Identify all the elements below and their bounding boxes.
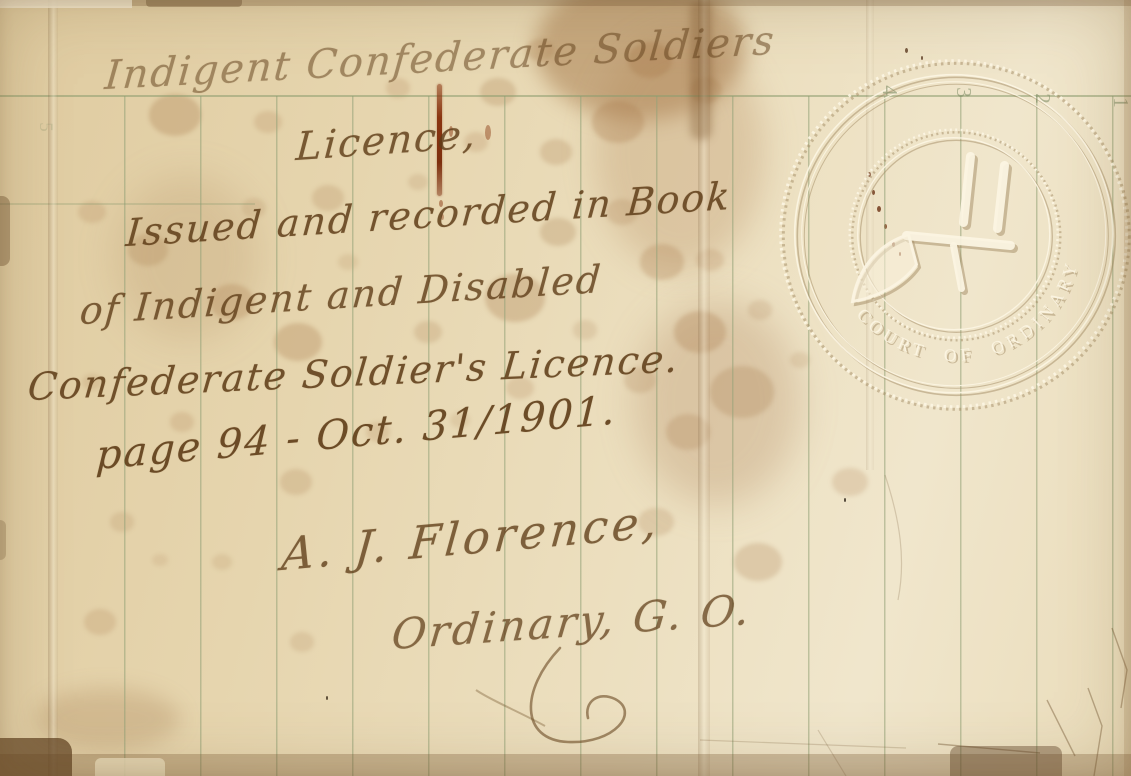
document-photo: COURT OF ORDINARY COURT OF ORDINARY bbox=[0, 0, 1131, 776]
right-edge-shadow bbox=[1124, 0, 1131, 776]
top-edge-smudge bbox=[146, 0, 242, 7]
bottom-edge-chip bbox=[95, 758, 165, 776]
embossed-seal: COURT OF ORDINARY COURT OF ORDINARY bbox=[758, 40, 1131, 440]
rust-dot bbox=[485, 125, 491, 140]
ledger-column-number: 3 bbox=[953, 87, 974, 98]
left-edge-nick-2 bbox=[0, 520, 6, 560]
ledger-header-line-segment bbox=[0, 203, 255, 205]
top-edge-light-sliver bbox=[0, 0, 132, 8]
bottom-left-tear bbox=[0, 738, 72, 776]
bottom-edge-dark-patch bbox=[950, 746, 1062, 776]
left-edge-nick bbox=[0, 196, 10, 266]
ledger-red-rule bbox=[0, 742, 1131, 745]
ledger-column-number: 2 bbox=[1032, 93, 1053, 104]
ledger-ghost-number: 5 bbox=[34, 122, 56, 132]
ledger-column-number: 4 bbox=[879, 85, 900, 96]
seal-emblem-plow bbox=[853, 157, 1014, 305]
